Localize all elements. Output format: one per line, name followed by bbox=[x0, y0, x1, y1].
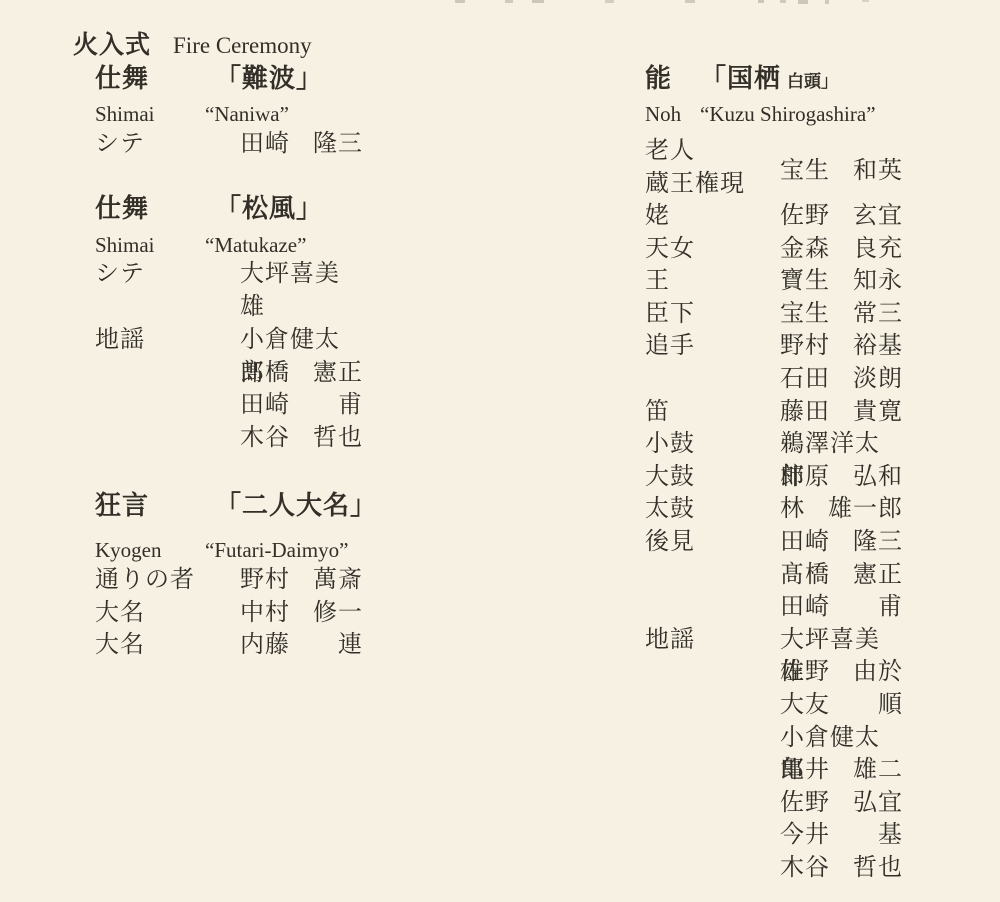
performer-name: 野村 萬斎 bbox=[240, 564, 363, 597]
cast-row: 笛 藤田 貴寛 bbox=[645, 396, 903, 429]
family-name: 内藤 bbox=[240, 629, 290, 662]
performer-name: 田崎 甫 bbox=[240, 389, 363, 422]
role-label: シテ bbox=[95, 128, 240, 161]
piece-subtitle-kogaki: 白頭」 bbox=[787, 67, 838, 97]
given-name: 常三 bbox=[853, 298, 903, 331]
role-label bbox=[645, 852, 780, 885]
given-name: 玄宜 bbox=[853, 200, 903, 233]
role-label bbox=[645, 591, 780, 624]
role-label bbox=[645, 656, 780, 689]
genre-label-en: Shimai bbox=[95, 102, 205, 126]
cast-row: 臣下 宝生 常三 bbox=[645, 298, 903, 331]
performer-name: 木谷 哲也 bbox=[240, 422, 363, 455]
cast-row: 田崎 甫 bbox=[95, 389, 363, 422]
cast-row: 小鼓 鵜澤洋太郎 bbox=[645, 428, 903, 461]
cast-row: シテ 田崎 隆三 bbox=[95, 128, 363, 161]
given-name: 弘和 bbox=[853, 461, 903, 494]
role-label: 後見 bbox=[645, 526, 780, 559]
genre-label-en: Noh bbox=[645, 102, 700, 126]
cast-row: 木谷 哲也 bbox=[645, 852, 903, 885]
performer-name: 宝生 和英 bbox=[780, 150, 903, 185]
role-label bbox=[645, 787, 780, 820]
given-name: 修一 bbox=[313, 597, 363, 630]
cast-row: 木谷 哲也 bbox=[95, 422, 363, 455]
piece-title-en: “Futari-Daimyo” bbox=[205, 538, 348, 562]
role-label: 地謡 bbox=[95, 324, 240, 357]
ceremony-title-en: Fire Ceremony bbox=[173, 33, 312, 59]
cast-list: 姥 佐野 玄宜 天女 金森 良充 王 寶生 知永 bbox=[645, 200, 903, 884]
given-name: 和英 bbox=[853, 150, 903, 185]
piece-title: 「松風」 bbox=[215, 194, 323, 224]
performer-name: 藤田 貴寛 bbox=[780, 396, 903, 429]
performer-name: 石田 淡朗 bbox=[780, 363, 903, 396]
genre-label: 狂言 bbox=[95, 491, 215, 521]
performer-name: 金森 良充 bbox=[780, 233, 903, 266]
given-name: 哲也 bbox=[313, 422, 363, 455]
genre-label: 能 bbox=[645, 64, 700, 94]
cast-row: 通りの者 野村 萬斎 bbox=[95, 564, 363, 597]
role-label bbox=[645, 363, 780, 396]
family-name: 今井 bbox=[780, 819, 830, 852]
role-label: シテ bbox=[95, 258, 240, 291]
performer-name: 内藤 連 bbox=[240, 629, 363, 662]
family-name: 佐野 bbox=[780, 656, 830, 689]
role-label: 追手 bbox=[645, 330, 780, 363]
performer-name: 大友 順 bbox=[780, 689, 903, 722]
family-name: 藤田 bbox=[780, 396, 830, 429]
performer-name: 小倉健太郎 bbox=[780, 722, 903, 755]
family-name: 田崎 bbox=[780, 526, 830, 559]
family-name: 中村 bbox=[240, 597, 290, 630]
given-name: 弘宜 bbox=[853, 787, 903, 820]
cast-row: 髙橋 憲正 bbox=[95, 357, 363, 390]
piece-title: 「二人大名」 bbox=[215, 491, 377, 521]
section-title-noh: 能 「国栖 白頭」 bbox=[645, 64, 838, 97]
performer-name: 小倉健太郎 bbox=[240, 324, 363, 357]
section-title-en: Kyogen “Futari-Daimyo” bbox=[95, 538, 348, 562]
section-title-en: Noh “Kuzu Shirogashira” bbox=[645, 102, 876, 126]
given-name: 知永 bbox=[853, 265, 903, 298]
family-name: 林 bbox=[780, 493, 805, 526]
role-label: 大名 bbox=[95, 597, 240, 630]
role-label: 天女 bbox=[645, 233, 780, 266]
cast-row: 大鼓 柿原 弘和 bbox=[645, 461, 903, 494]
performer-name: 田崎 隆三 bbox=[780, 526, 903, 559]
cast-row: 今井 基 bbox=[645, 819, 903, 852]
cast-row: 大名 中村 修一 bbox=[95, 597, 363, 630]
cast-row: 天女 金森 良充 bbox=[645, 233, 903, 266]
performer-name: 田崎 隆三 bbox=[240, 128, 363, 161]
ceremony-header: 火入式 Fire Ceremony bbox=[73, 25, 312, 61]
family-name: 田崎 bbox=[240, 128, 290, 161]
role-label bbox=[645, 559, 780, 592]
role-label: 太鼓 bbox=[645, 493, 780, 526]
family-name: 大坪喜美雄 bbox=[780, 624, 903, 657]
family-name: 田崎 bbox=[780, 591, 830, 624]
performer-name: 田崎 甫 bbox=[780, 591, 903, 624]
performer-name: 亀井 雄二 bbox=[780, 754, 903, 787]
ceremony-title-ja: 火入式 bbox=[73, 25, 151, 61]
cast-row: 髙橋 憲正 bbox=[645, 559, 903, 592]
given-name: 裕基 bbox=[853, 330, 903, 363]
cast-row: 大名 内藤 連 bbox=[95, 629, 363, 662]
family-name: 野村 bbox=[240, 564, 290, 597]
genre-label-en: Shimai bbox=[95, 233, 205, 257]
performer-name: 髙橋 憲正 bbox=[240, 357, 363, 390]
piece-title: 「国栖 bbox=[700, 64, 781, 94]
genre-label: 仕舞 bbox=[95, 64, 215, 94]
given-name: 憲正 bbox=[313, 357, 363, 390]
performer-name: 今井 基 bbox=[780, 819, 903, 852]
role-label: 笛 bbox=[645, 396, 780, 429]
role-label: 老人 蔵王権現 bbox=[645, 135, 780, 200]
role-label: 通りの者 bbox=[95, 564, 240, 597]
cast-row: 小倉健太郎 bbox=[645, 722, 903, 755]
family-name: 木谷 bbox=[780, 852, 830, 885]
cast-row: 王 寶生 知永 bbox=[645, 265, 903, 298]
performer-name: 佐野 弘宜 bbox=[780, 787, 903, 820]
cast-row-shite: 老人 蔵王権現 宝生 和英 bbox=[645, 135, 903, 200]
family-name: 大友 bbox=[780, 689, 830, 722]
performer-name: 木谷 哲也 bbox=[780, 852, 903, 885]
cast-row: 佐野 弘宜 bbox=[645, 787, 903, 820]
family-name: 石田 bbox=[780, 363, 830, 396]
family-name: 柿原 bbox=[780, 461, 830, 494]
role-line-1: 老人 bbox=[645, 135, 780, 168]
family-name: 宝生 bbox=[780, 298, 830, 331]
cast-row: 後見 田崎 隆三 bbox=[645, 526, 903, 559]
given-name: 良充 bbox=[853, 233, 903, 266]
family-name: 大坪喜美雄 bbox=[240, 258, 363, 291]
role-label bbox=[95, 389, 240, 422]
role-label bbox=[645, 754, 780, 787]
cast-row: 佐野 由於 bbox=[645, 656, 903, 689]
given-name: 基 bbox=[878, 819, 903, 852]
role-label: 王 bbox=[645, 265, 780, 298]
piece-title-en: “Kuzu Shirogashira” bbox=[700, 102, 876, 126]
given-name: 隆三 bbox=[313, 128, 363, 161]
given-name: 連 bbox=[338, 629, 363, 662]
family-name: 金森 bbox=[780, 233, 830, 266]
cast-row: 田崎 甫 bbox=[645, 591, 903, 624]
family-name: 髙橋 bbox=[780, 559, 830, 592]
given-name: 萬斎 bbox=[313, 564, 363, 597]
role-label: 大鼓 bbox=[645, 461, 780, 494]
program-page: 火入式 Fire Ceremony 仕舞 「難波」 Shimai “Naniwa… bbox=[0, 0, 1000, 902]
cast-list: シテ 田崎 隆三 bbox=[95, 128, 363, 161]
performer-name: 野村 裕基 bbox=[780, 330, 903, 363]
performer-name: 佐野 玄宜 bbox=[780, 200, 903, 233]
role-label bbox=[645, 819, 780, 852]
family-name: 木谷 bbox=[240, 422, 290, 455]
cast-row: 追手 野村 裕基 bbox=[645, 330, 903, 363]
family-name: 寶生 bbox=[780, 265, 830, 298]
given-name: 哲也 bbox=[853, 852, 903, 885]
performer-name: 佐野 由於 bbox=[780, 656, 903, 689]
role-label bbox=[95, 357, 240, 390]
role-label bbox=[645, 689, 780, 722]
family-name: 佐野 bbox=[780, 787, 830, 820]
performer-name: 林 雄一郎 bbox=[780, 493, 903, 526]
family-name: 田崎 bbox=[240, 389, 290, 422]
section-title-kyogen: 狂言 「二人大名」 bbox=[95, 491, 377, 521]
role-label: 小鼓 bbox=[645, 428, 780, 461]
cast-row: 亀井 雄二 bbox=[645, 754, 903, 787]
performer-name: 大坪喜美雄 bbox=[780, 624, 903, 657]
role-label bbox=[645, 722, 780, 755]
given-name: 雄一郎 bbox=[828, 493, 903, 526]
given-name: 順 bbox=[878, 689, 903, 722]
section-title-shimai-matukaze: 仕舞 「松風」 bbox=[95, 194, 323, 224]
cast-row: 太鼓 林 雄一郎 bbox=[645, 493, 903, 526]
performer-name: 宝生 常三 bbox=[780, 298, 903, 331]
given-name: 雄二 bbox=[853, 754, 903, 787]
given-name: 淡朗 bbox=[853, 363, 903, 396]
cast-row: 姥 佐野 玄宜 bbox=[645, 200, 903, 233]
piece-title-en: “Matukaze” bbox=[205, 233, 306, 257]
role-label bbox=[95, 422, 240, 455]
cast-row: 石田 淡朗 bbox=[645, 363, 903, 396]
cast-row: 大友 順 bbox=[645, 689, 903, 722]
family-name: 小倉健太郎 bbox=[240, 324, 363, 357]
family-name: 野村 bbox=[780, 330, 830, 363]
given-name: 甫 bbox=[338, 389, 363, 422]
performer-name: 鵜澤洋太郎 bbox=[780, 428, 903, 461]
cast-list: シテ 大坪喜美雄 bbox=[95, 258, 363, 291]
role-label: 大名 bbox=[95, 629, 240, 662]
role-label: 姥 bbox=[645, 200, 780, 233]
family-name: 佐野 bbox=[780, 200, 830, 233]
given-name: 甫 bbox=[878, 591, 903, 624]
family-name: 髙橋 bbox=[240, 357, 290, 390]
performer-name: 髙橋 憲正 bbox=[780, 559, 903, 592]
performer-name: 大坪喜美雄 bbox=[240, 258, 363, 291]
cast-row: 地謡 小倉健太郎 bbox=[95, 324, 363, 357]
family-name: 亀井 bbox=[780, 754, 830, 787]
performer-name: 柿原 弘和 bbox=[780, 461, 903, 494]
given-name: 貴寛 bbox=[853, 396, 903, 429]
cast-list: 通りの者 野村 萬斎 大名 中村 修一 大名 内藤 連 bbox=[95, 564, 363, 662]
family-name: 宝生 bbox=[780, 150, 830, 185]
piece-title-en: “Naniwa” bbox=[205, 102, 289, 126]
family-name: 小倉健太郎 bbox=[780, 722, 903, 755]
given-name: 由於 bbox=[853, 656, 903, 689]
genre-label: 仕舞 bbox=[95, 194, 215, 224]
section-title-en: Shimai “Matukaze” bbox=[95, 233, 306, 257]
given-name: 隆三 bbox=[853, 526, 903, 559]
cast-row: 地謡 大坪喜美雄 bbox=[645, 624, 903, 657]
family-name: 鵜澤洋太郎 bbox=[780, 428, 903, 461]
role-label: 地謡 bbox=[645, 624, 780, 657]
section-title-en: Shimai “Naniwa” bbox=[95, 102, 289, 126]
genre-label-en: Kyogen bbox=[95, 538, 205, 562]
performer-name: 中村 修一 bbox=[240, 597, 363, 630]
piece-title: 「難波」 bbox=[215, 64, 323, 94]
performer-name: 寶生 知永 bbox=[780, 265, 903, 298]
given-name: 憲正 bbox=[853, 559, 903, 592]
role-label: 臣下 bbox=[645, 298, 780, 331]
cast-row: シテ 大坪喜美雄 bbox=[95, 258, 363, 291]
section-title-shimai-naniwa: 仕舞 「難波」 bbox=[95, 64, 323, 94]
role-line-2: 蔵王権現 bbox=[645, 168, 780, 201]
jiutai-cast-list: 地謡 小倉健太郎 髙橋 憲正 田崎 甫 木谷 哲也 bbox=[95, 324, 363, 454]
